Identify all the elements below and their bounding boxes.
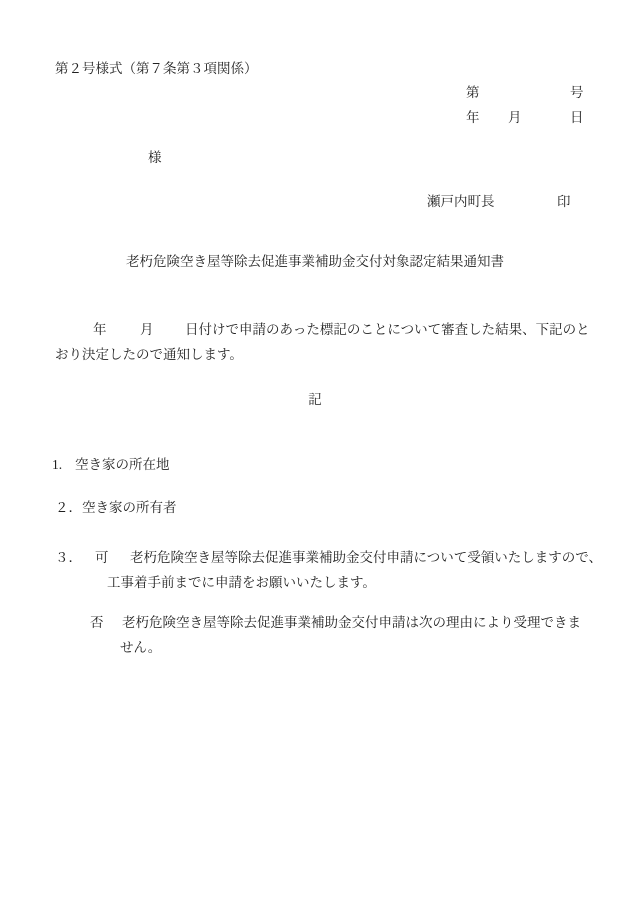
date-year-label: 年 xyxy=(466,110,480,126)
list-item-1-number: 1. xyxy=(52,457,62,473)
approve-text-line-1: 老朽危険空き屋等除去促進事業補助金交付申請について受領いたしますので、 xyxy=(130,550,602,566)
issue-number-suffix: 号 xyxy=(570,85,584,101)
approve-text-line-2: 工事着手前までに申請をお願いいたします。 xyxy=(107,575,376,591)
reject-text-line-2: せん。 xyxy=(120,640,161,656)
form-number-label: 第２号様式（第７条第３項関係） xyxy=(55,61,258,77)
decision-approve-label: 可 xyxy=(95,550,109,566)
body-date-month-label: 月 xyxy=(140,322,154,338)
list-item-3-number: ３． xyxy=(55,550,82,566)
body-paragraph-line-1: 日付けで申請のあった標記のことについて審査した結果、下記のと xyxy=(185,322,590,338)
list-item-1-text: 空き家の所在地 xyxy=(75,457,170,473)
seal-label: 印 xyxy=(557,194,571,210)
issuer-name: 瀬戸内町長 xyxy=(427,194,495,210)
issue-number-prefix: 第 xyxy=(466,85,480,101)
document-page: 第２号様式（第７条第３項関係） 第 号 年 月 日 様 瀬戸内町長 印 老朽危険… xyxy=(0,0,630,903)
decision-reject-label: 否 xyxy=(90,615,104,631)
list-item-2-text: 空き家の所有者 xyxy=(82,500,177,516)
body-date-year-label: 年 xyxy=(93,322,107,338)
date-month-label: 月 xyxy=(508,110,522,126)
list-item-2-number: ２． xyxy=(55,500,82,516)
addressee-honorific: 様 xyxy=(148,150,162,166)
reject-text-line-1: 老朽危険空き屋等除去促進事業補助金交付申請は次の理由により受理できま xyxy=(122,615,581,631)
document-title: 老朽危険空き屋等除去促進事業補助金交付対象認定結果通知書 xyxy=(0,254,630,270)
record-marker: 記 xyxy=(0,392,630,408)
date-day-label: 日 xyxy=(570,110,584,126)
body-paragraph-line-2: おり決定したので通知します。 xyxy=(55,347,243,363)
